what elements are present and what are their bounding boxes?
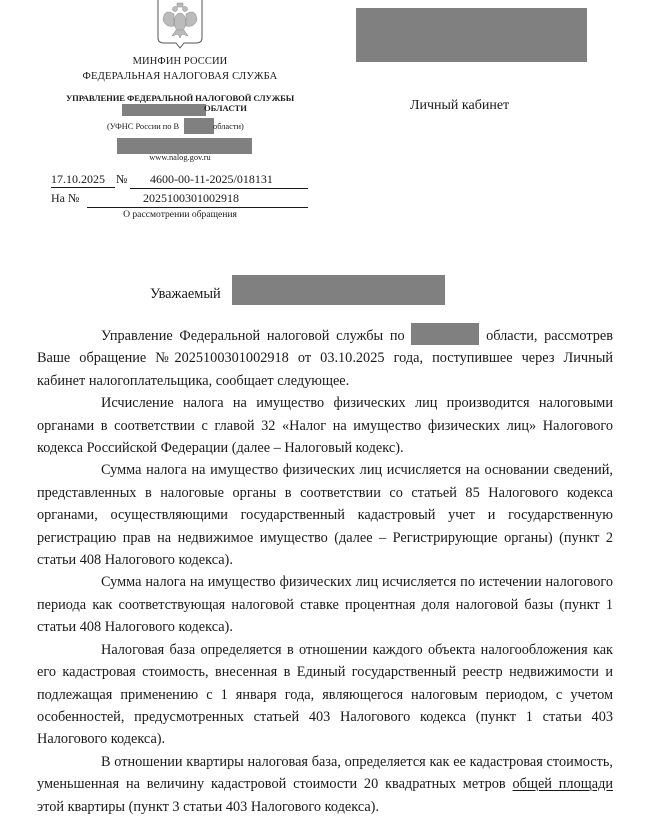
reply-underline — [87, 207, 308, 208]
reply-number: 2025100301002918 — [143, 191, 239, 206]
letter-body: Управление Федеральной налоговой службы … — [37, 323, 613, 818]
redacted-region-name — [122, 104, 206, 116]
letter-number: 4600-00-11-2025/018131 — [150, 172, 273, 187]
ministry-name: МИНФИН РОССИИ — [44, 56, 316, 67]
short-name-prefix: (УФНС России по В — [107, 122, 179, 131]
paragraph-5: Налоговая база определяется в отношении … — [37, 639, 613, 751]
coat-of-arms-icon — [154, 0, 206, 50]
intro-part1: Управление Федеральной налоговой службы … — [101, 328, 405, 344]
department-region-suffix: ОБЛАСТИ — [204, 103, 247, 113]
date-underline — [51, 187, 115, 188]
p6-part2: этой квартиры (пункт 3 статьи 403 Налого… — [37, 799, 379, 815]
redacted-addressee — [232, 275, 445, 305]
paragraph-intro: Управление Федеральной налоговой службы … — [37, 323, 613, 392]
department-name: УПРАВЛЕНИЕ ФЕДЕРАЛЬНОЙ НАЛОГОВОЙ СЛУЖБЫ — [44, 93, 316, 103]
paragraph-3: Сумма налога на имущество физических лиц… — [37, 459, 613, 571]
redacted-address — [117, 138, 252, 154]
paragraph-6: В отношении квартиры налоговая база, опр… — [37, 751, 613, 818]
paragraph-2: Исчисление налога на имущество физически… — [37, 392, 613, 459]
number-label: № — [116, 172, 127, 187]
short-name-suffix: области) — [213, 122, 244, 131]
letter-date: 17.10.2025 — [51, 172, 105, 187]
short-name-prefix-text: (УФНС России по — [107, 122, 171, 131]
short-name-prefix-initial: В — [174, 122, 180, 131]
redacted-recipient-name — [356, 8, 587, 62]
greeting: Уважаемый — [150, 286, 221, 303]
letter-subject: О рассмотрении обращения — [44, 209, 316, 220]
paragraph-4: Сумма налога на имущество физических лиц… — [37, 571, 613, 638]
service-name: ФЕДЕРАЛЬНАЯ НАЛОГОВАЯ СЛУЖБА — [44, 71, 316, 82]
reply-label: На № — [51, 191, 79, 206]
website-link: www.nalog.gov.ru — [44, 153, 316, 162]
redacted-region-inline — [411, 323, 479, 345]
delivery-channel: Личный кабинет — [410, 98, 509, 114]
redacted-short-region — [184, 118, 214, 134]
number-underline — [130, 188, 308, 189]
underlined-phrase: общей площади — [513, 776, 613, 792]
